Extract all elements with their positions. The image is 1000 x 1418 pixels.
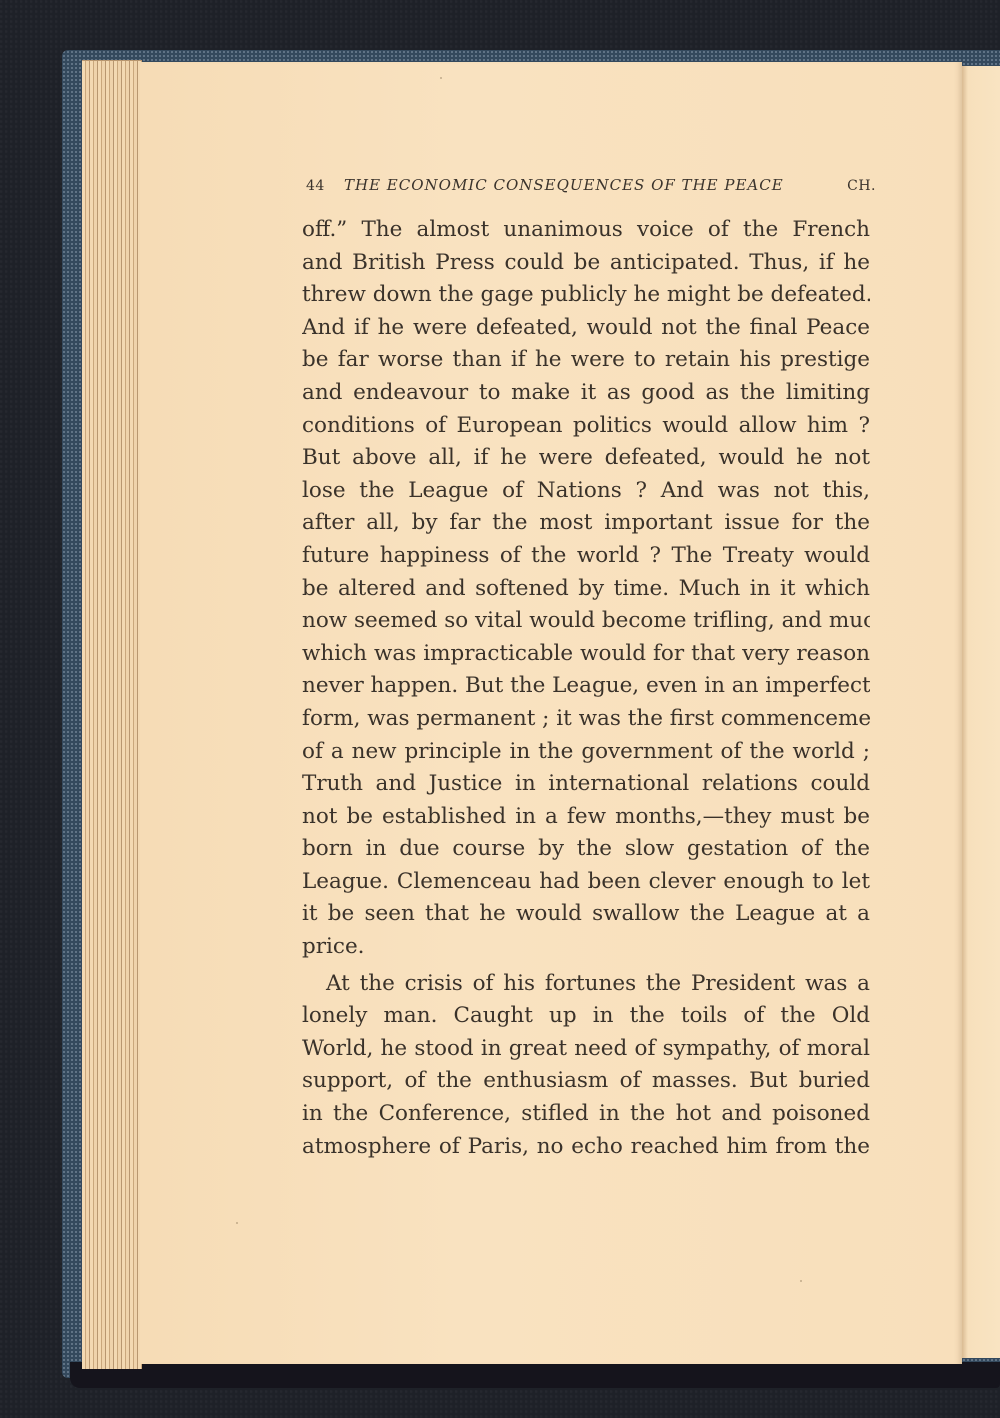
text-line: And if he were defeated, would not the f…: [302, 312, 870, 345]
text-line: conditions of European politics would al…: [302, 410, 870, 443]
text-line: which was impracticable would for that v…: [302, 638, 870, 671]
text-line: World, he stood in great need of sympath…: [302, 1033, 870, 1066]
page-number: 44: [306, 178, 325, 194]
paper-speck: [236, 1222, 238, 1224]
text-line: Truth and Justice in international relat…: [302, 768, 870, 801]
book-cover-bottom-edge: [70, 1362, 1000, 1388]
text-line: off.” The almost unanimous voice of the …: [302, 214, 870, 247]
paragraph-1: off.” The almost unanimous voice of the …: [302, 214, 870, 964]
text-line: now seemed so vital would become triflin…: [302, 605, 870, 638]
next-page-leaf: [962, 66, 1000, 1358]
text-line: and British Press could be anticipated. …: [302, 247, 870, 280]
text-line: it be seen that he would swallow the Lea…: [302, 898, 870, 931]
stacked-page-edges: [82, 60, 142, 1369]
paper-speck: [440, 77, 442, 79]
book-title: THE ECONOMIC CONSEQUENCES OF THE PEACE: [344, 176, 784, 194]
text-line: never happen. But the League, even in an…: [302, 670, 870, 703]
paragraph-2: At the crisis of his fortunes the Presid…: [302, 968, 870, 1164]
body-text: off.” The almost unanimous voice of the …: [302, 214, 870, 1163]
text-line: and endeavour to make it as good as the …: [302, 377, 870, 410]
text-line: born in due course by the slow gestation…: [302, 833, 870, 866]
text-line: At the crisis of his fortunes the Presid…: [302, 968, 870, 1001]
text-line: threw down the gage publicly he might be…: [302, 279, 870, 312]
text-line: after all, by far the most important iss…: [302, 507, 870, 540]
text-line: in the Conference, stifled in the hot an…: [302, 1098, 870, 1131]
text-line: price.: [302, 931, 870, 964]
text-line: League. Clemenceau had been clever enoug…: [302, 866, 870, 899]
text-line: support, of the enthusiasm of masses. Bu…: [302, 1065, 870, 1098]
text-line: be altered and softened by time. Much in…: [302, 573, 870, 606]
text-line: lose the League of Nations ? And was not…: [302, 475, 870, 508]
text-line: lonely man. Caught up in the toils of th…: [302, 1000, 870, 1033]
paper-speck: [800, 1280, 802, 1282]
text-line: atmosphere of Paris, no echo reached him…: [302, 1131, 870, 1164]
text-line: be far worse than if he were to retain h…: [302, 344, 870, 377]
chapter-marker: CH.: [847, 178, 876, 194]
running-head: 44 THE ECONOMIC CONSEQUENCES OF THE PEAC…: [306, 176, 876, 200]
text-line: form, was permanent ; it was the first c…: [302, 703, 870, 736]
text-line: not be established in a few months,—they…: [302, 801, 870, 834]
text-line: future happiness of the world ? The Trea…: [302, 540, 870, 573]
text-line: of a new principle in the government of …: [302, 736, 870, 769]
text-line: But above all, if he were defeated, woul…: [302, 442, 870, 475]
